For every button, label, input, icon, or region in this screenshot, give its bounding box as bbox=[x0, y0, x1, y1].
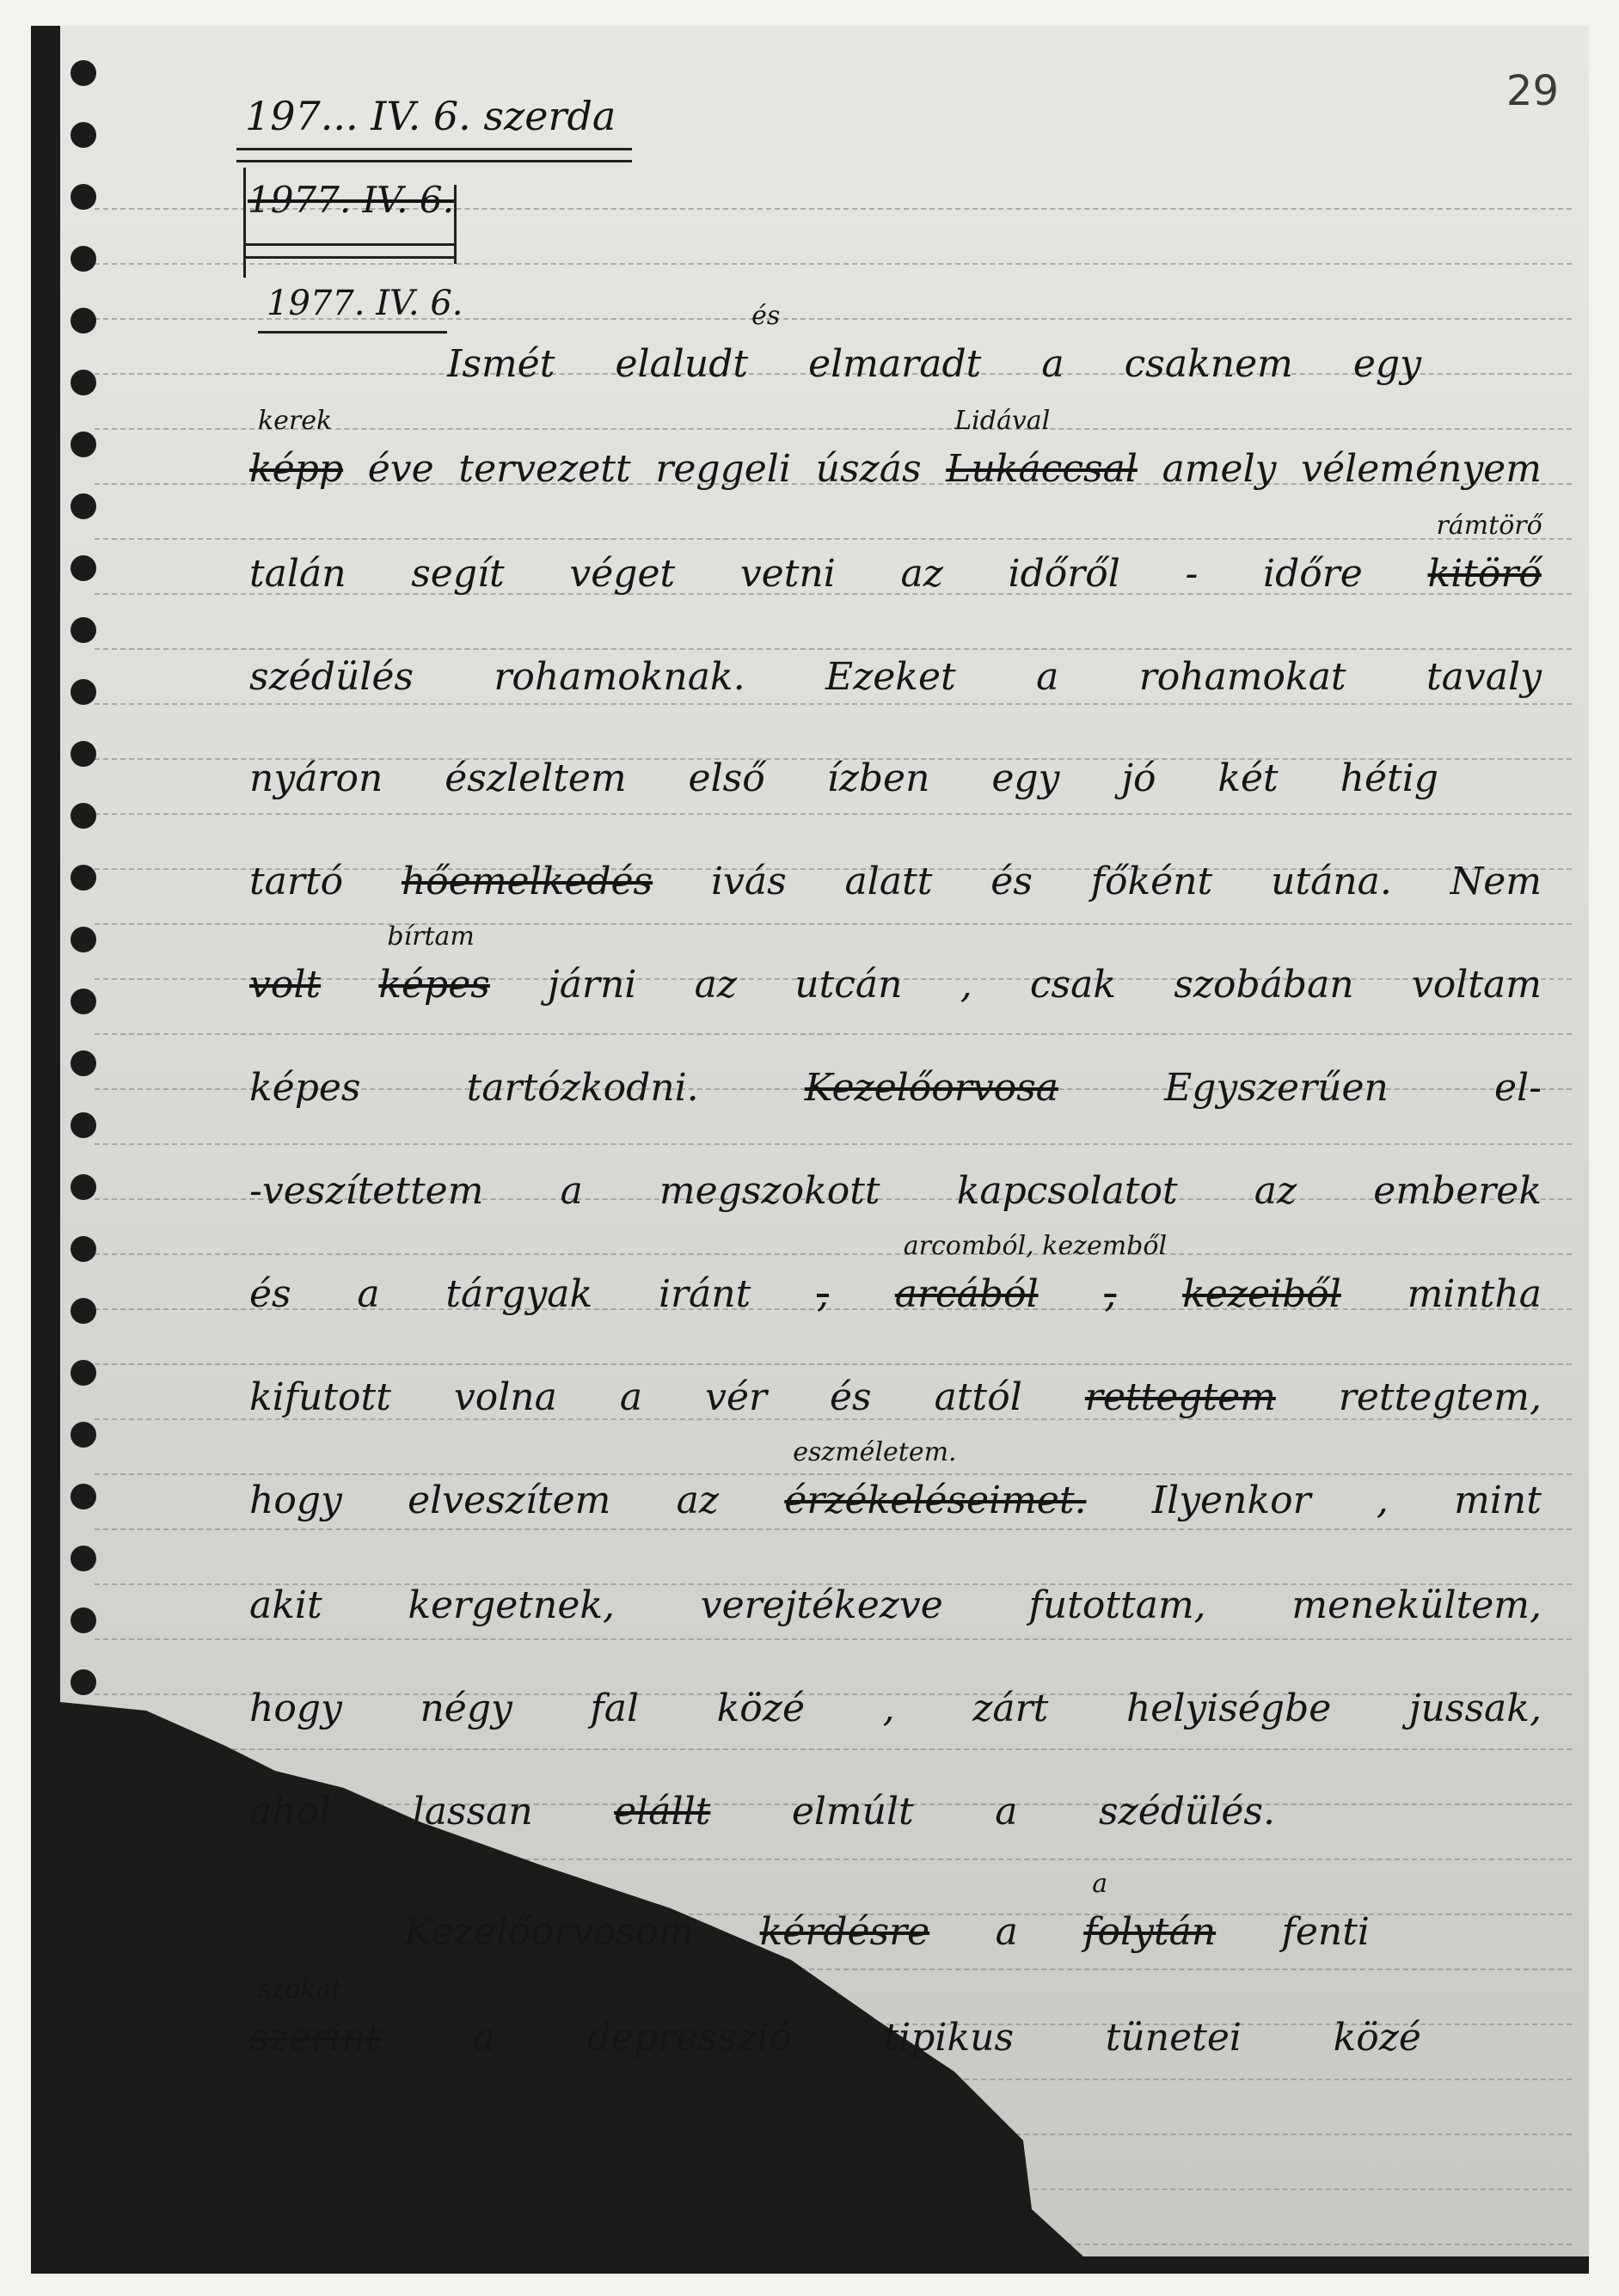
punch-hole bbox=[71, 927, 96, 952]
inserted-correction: bírtam bbox=[387, 921, 475, 952]
ruled-line bbox=[95, 1473, 1572, 1475]
word: a bbox=[620, 1375, 642, 1419]
ruled-line bbox=[95, 1638, 1572, 1640]
word: tárgyak bbox=[445, 1272, 592, 1316]
inserted-correction: kerek bbox=[258, 406, 332, 436]
text-line: -veszítettemamegszokottkapcsolatotazembe… bbox=[249, 1169, 1542, 1213]
text-line: hogynégyfalközé,zárthelyiségbejussak, bbox=[249, 1687, 1542, 1730]
word: a bbox=[1036, 655, 1058, 699]
word: hogy bbox=[249, 1687, 342, 1730]
word: helyiségbe bbox=[1126, 1687, 1331, 1730]
word: közé bbox=[1334, 2016, 1421, 2060]
struck-word: volt bbox=[249, 963, 321, 1007]
date-line-1: 197... IV. 6. szerda bbox=[245, 93, 616, 139]
word: utána. bbox=[1271, 860, 1392, 903]
punch-hole bbox=[71, 679, 96, 705]
word: depresszió bbox=[586, 2016, 791, 2060]
word: járni bbox=[548, 963, 636, 1007]
punch-hole bbox=[71, 1112, 96, 1138]
word: , bbox=[883, 1687, 895, 1730]
word: iránt bbox=[659, 1272, 751, 1316]
word: kifutott bbox=[249, 1375, 391, 1419]
word: a bbox=[996, 1910, 1018, 1954]
word: ivás bbox=[711, 860, 787, 903]
word: verejtékezve bbox=[701, 1583, 943, 1627]
word: elmúlt bbox=[792, 1790, 914, 1834]
word: a bbox=[995, 1790, 1017, 1834]
text-line: szerintadepressziótipikustüneteiközé bbox=[249, 2016, 1421, 2060]
ruled-line bbox=[95, 703, 1572, 705]
ruled-line bbox=[95, 538, 1572, 540]
box-right-edge bbox=[454, 185, 457, 264]
word: tartó bbox=[249, 860, 343, 903]
word: első bbox=[689, 756, 765, 800]
page-number: 29 bbox=[1506, 67, 1559, 115]
word: észleltem bbox=[445, 756, 626, 800]
punch-hole bbox=[71, 246, 96, 272]
word: közé bbox=[717, 1687, 805, 1730]
inserted-correction: eszméletem. bbox=[793, 1437, 956, 1467]
word: hogy bbox=[249, 1479, 342, 1522]
struck-word: kezeiből bbox=[1182, 1272, 1341, 1316]
word: Kezelőorvosom bbox=[404, 1910, 694, 1954]
struck-word: , bbox=[817, 1272, 829, 1316]
ruled-line bbox=[95, 1143, 1572, 1145]
date-line-2-struck: 1977. IV. 6. bbox=[248, 179, 454, 221]
text-line: hogyelveszítemazérzékeléseimet.Ilyenkor,… bbox=[249, 1479, 1542, 1522]
word: fenti bbox=[1282, 1910, 1370, 1954]
punch-hole bbox=[71, 989, 96, 1014]
word: akit bbox=[249, 1583, 322, 1627]
word: kergetnek, bbox=[408, 1583, 615, 1627]
word: menekültem, bbox=[1291, 1583, 1542, 1627]
word: tünetei bbox=[1106, 2016, 1242, 2060]
box-rule bbox=[245, 256, 456, 259]
word: időre bbox=[1263, 552, 1363, 596]
ruled-line bbox=[95, 1528, 1572, 1530]
inserted-correction: rámtörő bbox=[1436, 511, 1542, 541]
word: tervezett bbox=[458, 447, 630, 491]
word: véget bbox=[569, 552, 675, 596]
word: négy bbox=[420, 1687, 512, 1730]
word: és bbox=[990, 860, 1033, 903]
word: a bbox=[473, 2016, 495, 2060]
date-underline bbox=[258, 331, 447, 334]
word: Nem bbox=[1450, 860, 1542, 903]
word: csaknem bbox=[1125, 342, 1293, 386]
text-line: Kezelőorvosomkérdésreafolytánfenti bbox=[404, 1910, 1370, 1954]
punch-hole bbox=[71, 1422, 96, 1448]
word: tipikus bbox=[884, 2016, 1015, 2060]
word: emberek bbox=[1373, 1169, 1542, 1213]
punch-hole bbox=[71, 1360, 96, 1386]
punch-hole bbox=[71, 803, 96, 829]
word: a bbox=[1041, 342, 1064, 386]
word: elveszítem bbox=[408, 1479, 610, 1522]
word: talán bbox=[249, 552, 346, 596]
text-line: voltképesjárniazutcán,csakszobábanvoltam bbox=[249, 963, 1542, 1007]
word: az bbox=[677, 1479, 719, 1522]
text-line: talánsegítvégetvetniazidőről-időrekitörő bbox=[249, 552, 1542, 596]
word: reggeli bbox=[655, 447, 791, 491]
struck-word: elállt bbox=[614, 1790, 710, 1834]
word: ahol bbox=[249, 1790, 331, 1834]
struck-word: Kezelőorvosa bbox=[805, 1066, 1058, 1110]
word: szobában bbox=[1174, 963, 1353, 1007]
ruled-line bbox=[95, 1748, 1572, 1750]
inserted-correction: arcomból, kezemből bbox=[904, 1231, 1167, 1261]
word: futottam, bbox=[1029, 1583, 1206, 1627]
struck-word: képes bbox=[378, 963, 490, 1007]
word: alatt bbox=[845, 860, 933, 903]
ruled-line bbox=[95, 1033, 1572, 1035]
word: szédülés. bbox=[1099, 1790, 1275, 1834]
ruled-line bbox=[95, 1363, 1572, 1365]
word: volna bbox=[454, 1375, 557, 1419]
text-line: képpévetervezettreggeliúszásLukáccsalame… bbox=[249, 447, 1542, 491]
struck-word: kérdésre bbox=[760, 1910, 930, 1954]
struck-word: hőemelkedés bbox=[402, 860, 653, 903]
word: segít bbox=[411, 552, 505, 596]
word: tavaly bbox=[1426, 655, 1542, 699]
punch-hole bbox=[71, 432, 96, 457]
punch-hole bbox=[71, 1174, 96, 1200]
punch-hole bbox=[71, 1607, 96, 1633]
text-line: ésatárgyakiránt,arcából,kezeibőlmintha bbox=[249, 1272, 1542, 1316]
punch-hole bbox=[71, 741, 96, 767]
word: képes bbox=[249, 1066, 361, 1110]
inserted-correction: a bbox=[1092, 1869, 1107, 1899]
word: megszokott bbox=[659, 1169, 880, 1213]
word: , bbox=[960, 963, 972, 1007]
word: elmaradt bbox=[808, 342, 981, 386]
word: hétig bbox=[1340, 756, 1438, 800]
text-line: akitkergetnek,verejtékezvefutottam,menek… bbox=[249, 1583, 1542, 1627]
word: , bbox=[1377, 1479, 1389, 1522]
word: -veszítettem bbox=[249, 1169, 483, 1213]
word: Ilyenkor bbox=[1152, 1479, 1311, 1522]
punch-hole bbox=[71, 1236, 96, 1262]
word: Ezeket bbox=[825, 655, 956, 699]
punch-hole bbox=[71, 1546, 96, 1571]
punch-hole bbox=[71, 865, 96, 891]
punch-hole bbox=[71, 1484, 96, 1509]
word: Ismét bbox=[447, 342, 555, 386]
box-left-edge bbox=[243, 168, 246, 278]
inserted-correction: Lidával bbox=[954, 406, 1050, 436]
text-line: szédülésrohamoknak.Ezeketarohamokattaval… bbox=[249, 655, 1542, 699]
word: egy bbox=[991, 756, 1059, 800]
date-underline bbox=[236, 148, 632, 150]
punch-hole bbox=[71, 1669, 96, 1695]
word: jó bbox=[1121, 756, 1156, 800]
inserted-correction: és bbox=[751, 301, 780, 331]
word: vetni bbox=[740, 552, 836, 596]
ruled-line bbox=[95, 648, 1572, 650]
punch-hole bbox=[71, 1050, 96, 1076]
word: az bbox=[1254, 1169, 1297, 1213]
box-rule bbox=[245, 243, 456, 246]
struck-word: kitörő bbox=[1427, 552, 1541, 596]
punch-hole bbox=[71, 617, 96, 643]
word: egy bbox=[1353, 342, 1421, 386]
word: főként bbox=[1091, 860, 1213, 903]
ruled-line bbox=[95, 263, 1572, 265]
word: Egyszerűen bbox=[1164, 1066, 1389, 1110]
punch-hole bbox=[71, 555, 96, 581]
word: kapcsolatot bbox=[957, 1169, 1178, 1213]
text-line: nyáronészleltemelsőízbenegyjókéthétig bbox=[249, 756, 1438, 800]
word: úszás bbox=[816, 447, 922, 491]
word: a bbox=[357, 1272, 379, 1316]
word: jussak, bbox=[1409, 1687, 1542, 1730]
ruled-line bbox=[95, 1253, 1572, 1255]
punch-hole bbox=[71, 60, 96, 86]
struck-word: képp bbox=[249, 447, 343, 491]
word: mintha bbox=[1407, 1272, 1542, 1316]
word: vér bbox=[705, 1375, 767, 1419]
punch-hole bbox=[71, 1298, 96, 1324]
word: lassan bbox=[413, 1790, 533, 1834]
text-line: kifutottvolnaavérésattólrettegtemrettegt… bbox=[249, 1375, 1542, 1419]
word: két bbox=[1217, 756, 1278, 800]
punch-hole bbox=[71, 370, 96, 395]
word: attól bbox=[935, 1375, 1022, 1419]
word: tartózkodni. bbox=[467, 1066, 699, 1110]
text-line: tartóhőemelkedésivásalattésfőkéntutána.N… bbox=[249, 860, 1542, 903]
word: utcán bbox=[794, 963, 902, 1007]
word: és bbox=[830, 1375, 872, 1419]
word: el- bbox=[1494, 1066, 1542, 1110]
text-line: Ismételaludtelmaradtacsaknemegy bbox=[447, 342, 1421, 386]
word: éve bbox=[368, 447, 434, 491]
word: az bbox=[695, 963, 737, 1007]
word: voltam bbox=[1412, 963, 1542, 1007]
word: és bbox=[249, 1272, 291, 1316]
text-line: képestartózkodni.KezelőorvosaEgyszerűene… bbox=[249, 1066, 1542, 1110]
word: rettegtem, bbox=[1339, 1375, 1542, 1419]
punch-hole bbox=[71, 184, 96, 210]
word: az bbox=[900, 552, 942, 596]
struck-word: érzékeléseimet. bbox=[784, 1479, 1086, 1522]
struck-word: folytán bbox=[1083, 1910, 1216, 1954]
word: mint bbox=[1454, 1479, 1542, 1522]
word: nyáron bbox=[249, 756, 383, 800]
word: időről bbox=[1009, 552, 1120, 596]
struck-word: Lukáccsal bbox=[946, 447, 1138, 491]
word: elaludt bbox=[615, 342, 748, 386]
word: véleményem bbox=[1301, 447, 1542, 491]
word: amely bbox=[1162, 447, 1277, 491]
inserted-correction: szokat bbox=[258, 1975, 341, 2005]
punch-hole bbox=[71, 122, 96, 148]
ruled-line bbox=[95, 813, 1572, 815]
word: fal bbox=[590, 1687, 639, 1730]
date-underline bbox=[236, 160, 632, 162]
word: szédülés bbox=[249, 655, 414, 699]
word: - bbox=[1186, 552, 1199, 596]
word: rohamoknak. bbox=[494, 655, 745, 699]
ruled-line bbox=[95, 923, 1572, 925]
word: ízben bbox=[827, 756, 930, 800]
word: rohamokat bbox=[1139, 655, 1346, 699]
word: a bbox=[561, 1169, 583, 1213]
date-line-3: 1977. IV. 6. bbox=[267, 284, 463, 323]
word: csak bbox=[1030, 963, 1116, 1007]
word: zárt bbox=[972, 1687, 1048, 1730]
text-line: ahollassanelálltelmúltaszédülés. bbox=[249, 1790, 1275, 1834]
punch-hole bbox=[71, 493, 96, 519]
punch-hole bbox=[71, 308, 96, 334]
struck-word: arcából bbox=[895, 1272, 1039, 1316]
struck-word: , bbox=[1104, 1272, 1116, 1316]
struck-word: szerint bbox=[249, 2016, 381, 2060]
struck-word: rettegtem bbox=[1085, 1375, 1276, 1419]
